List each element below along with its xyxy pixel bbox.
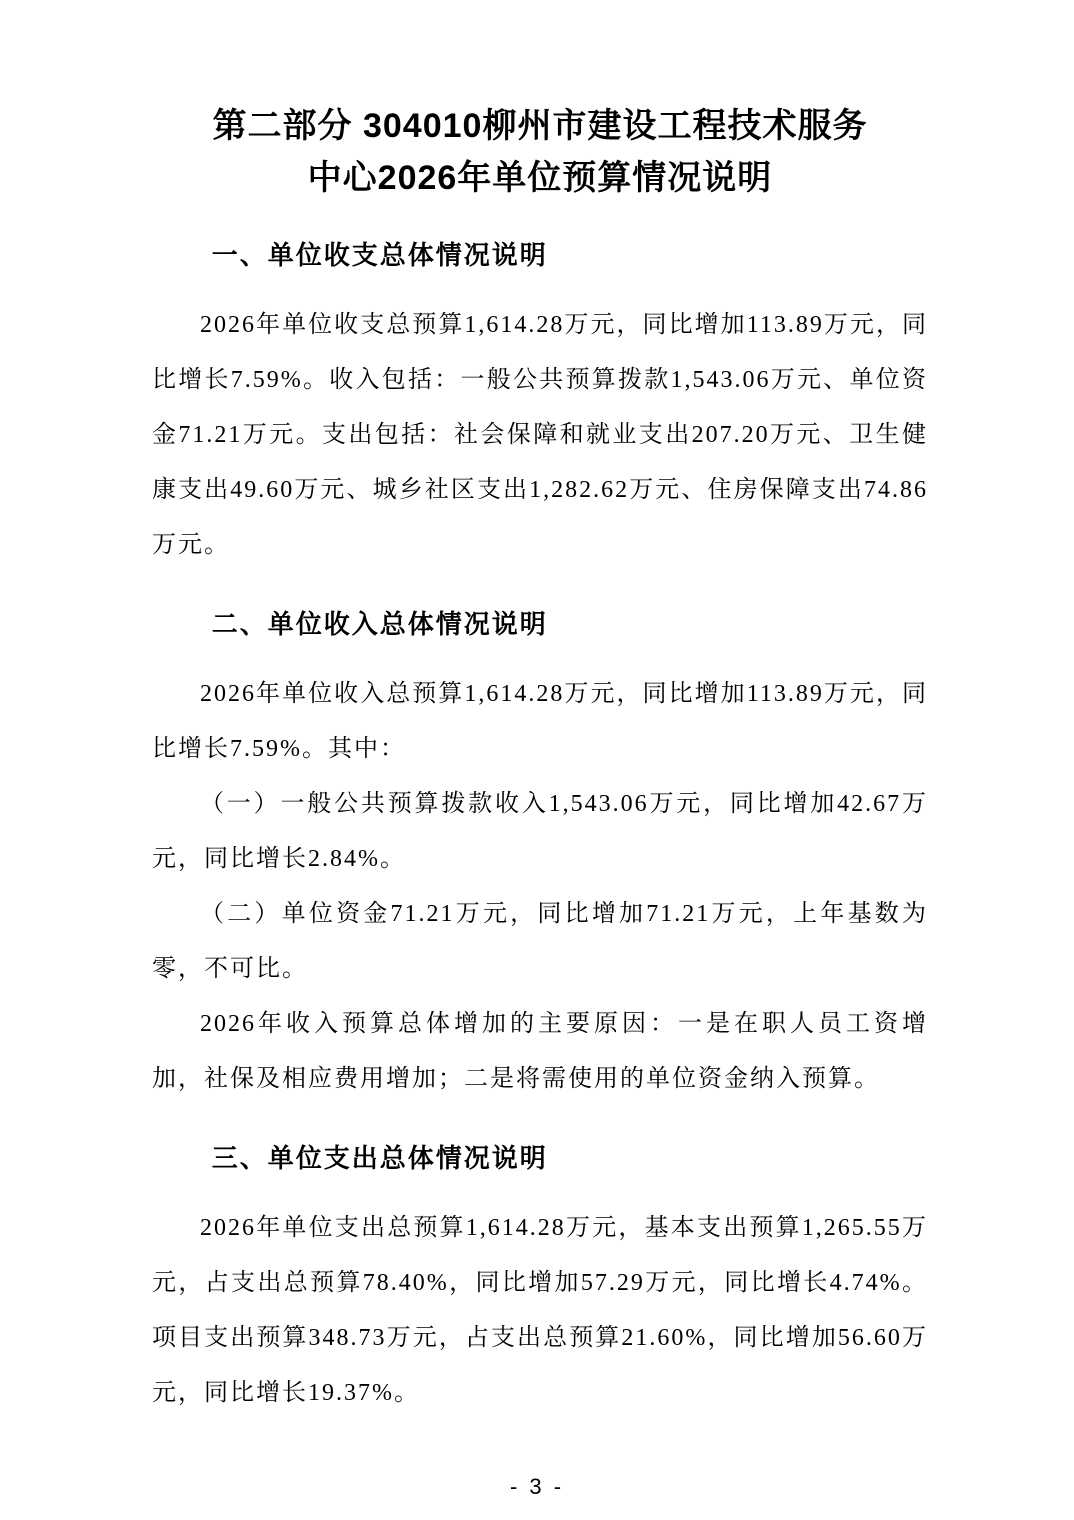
section-2-paragraph-3: （二）单位资金71.21万元，同比增加71.21万元，上年基数为零，不可比。 <box>152 887 928 997</box>
section-overall-revenue-expenditure: 一、单位收支总体情况说明 2026年单位收支总预算1,614.28万元，同比增加… <box>152 238 928 573</box>
document-title-line-2: 中心2026年单位预算情况说明 <box>152 152 928 204</box>
section-2-paragraph-2: （一）一般公共预算拨款收入1,543.06万元，同比增加42.67万元，同比增长… <box>152 777 928 887</box>
document-page: 第二部分 304010柳州市建设工程技术服务 中心2026年单位预算情况说明 一… <box>0 0 1074 1520</box>
section-1-paragraph-1: 2026年单位收支总预算1,614.28万元，同比增加113.89万元，同比增长… <box>152 298 928 573</box>
section-overall-revenue: 二、单位收入总体情况说明 2026年单位收入总预算1,614.28万元，同比增加… <box>152 607 928 1107</box>
section-2-paragraph-1: 2026年单位收入总预算1,614.28万元，同比增加113.89万元，同比增长… <box>152 667 928 777</box>
document-title-line-1: 第二部分 304010柳州市建设工程技术服务 <box>152 100 928 152</box>
section-3-paragraph-1: 2026年单位支出总预算1,614.28万元，基本支出预算1,265.55万元，… <box>152 1201 928 1421</box>
section-2-paragraph-4: 2026年收入预算总体增加的主要原因：一是在职人员工资增加，社保及相应费用增加；… <box>152 997 928 1107</box>
section-heading-3: 三、单位支出总体情况说明 <box>152 1141 928 1175</box>
page-number: - 3 - <box>0 1474 1074 1500</box>
section-heading-1: 一、单位收支总体情况说明 <box>152 238 928 272</box>
document-title: 第二部分 304010柳州市建设工程技术服务 中心2026年单位预算情况说明 <box>152 100 928 204</box>
section-heading-2: 二、单位收入总体情况说明 <box>152 607 928 641</box>
section-overall-expenditure: 三、单位支出总体情况说明 2026年单位支出总预算1,614.28万元，基本支出… <box>152 1141 928 1421</box>
